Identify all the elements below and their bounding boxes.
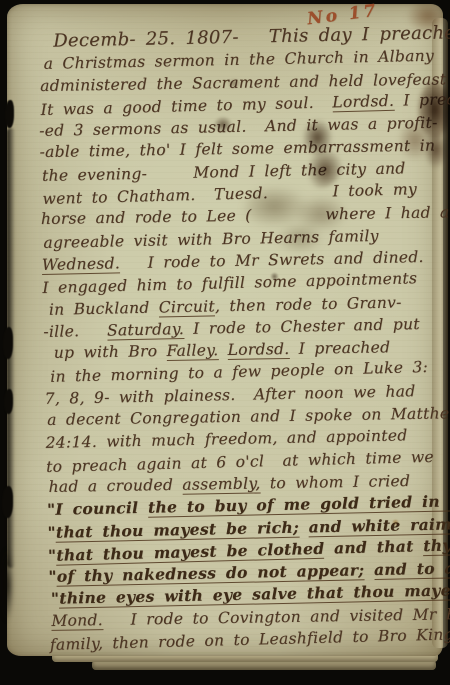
underlined-text: assembly,: [182, 474, 261, 494]
underlined-text: and to anoint-: [374, 557, 450, 580]
manuscript-text: Decemb- 25. 1807- This day I preacheda C…: [37, 22, 450, 655]
underlined-text: Falley.: [166, 341, 218, 361]
handwritten-text: [218, 341, 228, 359]
bottom-left-dark-mark: [2, 545, 15, 625]
binding-stitch: [5, 100, 14, 128]
binding-stitch: [3, 327, 13, 359]
underlined-text: Mond.: [51, 611, 103, 631]
handwritten-text: "I council: [47, 498, 148, 519]
underlined-text: Lordsd.: [332, 92, 394, 113]
handwritten-text: to whom I cried: [260, 472, 410, 492]
underlined-text: thy shame: [423, 533, 450, 556]
handwritten-text: I preached: [289, 338, 390, 358]
handwritten-text: I preach: [394, 90, 450, 110]
handwritten-text: , then rode to Granv-: [215, 293, 402, 315]
underlined-text: Lordsd.: [227, 340, 289, 360]
handwritten-text: a decent Congregation and I spoke on Mat…: [47, 404, 450, 429]
handwritten-text: in Buckland: [49, 298, 159, 318]
underlined-text: Circuit: [159, 297, 216, 317]
photo-backdrop: No 17 Decemb- 25. 1807- This day I preac…: [0, 0, 450, 685]
binding-stitch: [2, 486, 13, 518]
binding-stitch: [4, 389, 13, 414]
handwritten-text: up with Bro: [54, 342, 167, 362]
underlined-text: and white raiment: [308, 513, 450, 537]
journal-page: No 17 Decemb- 25. 1807- This day I preac…: [7, 4, 443, 656]
handwritten-text: and that: [324, 536, 423, 558]
underlined-text: Wednesd.: [42, 254, 121, 275]
underlined-text: Saturday.: [107, 320, 184, 341]
handwritten-text: -ille.: [43, 321, 107, 340]
handwritten-text: [364, 560, 374, 579]
handwritten-text: had a crouded: [48, 476, 182, 496]
handwritten-text: I rode to Chester and put: [184, 315, 420, 338]
